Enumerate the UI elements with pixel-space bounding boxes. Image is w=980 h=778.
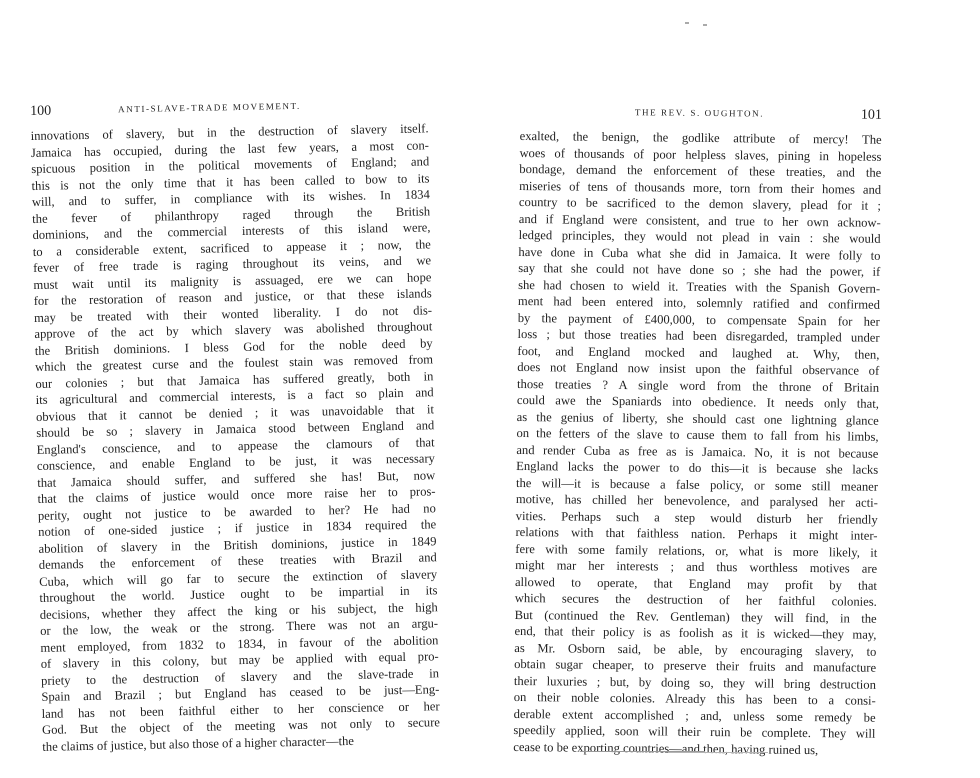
right-running-head: THE REV. S. OUGHTON. 101: [520, 104, 882, 126]
left-page: 100 ANTI-SLAVE-TRADE MOVEMENT. innovatio…: [30, 96, 440, 755]
left-running-head: 100 ANTI-SLAVE-TRADE MOVEMENT.: [30, 96, 428, 122]
running-head-title: THE REV. S. OUGHTON.: [635, 107, 764, 118]
scan-artifact-line: [668, 752, 768, 753]
scan-artifact-mark: [685, 22, 689, 24]
scan-artifact-mark: [703, 24, 707, 26]
right-page-body-text: exalted, the benign, the godlike attribu…: [513, 128, 882, 759]
running-head-title: ANTI-SLAVE-TRADE MOVEMENT.: [118, 101, 301, 115]
page-number: 100: [30, 104, 51, 120]
right-page: THE REV. S. OUGHTON. 101 exalted, the be…: [513, 104, 882, 759]
page-number: 101: [861, 108, 882, 124]
left-page-body-text: innovations of slavery, but in the destr…: [30, 120, 440, 755]
